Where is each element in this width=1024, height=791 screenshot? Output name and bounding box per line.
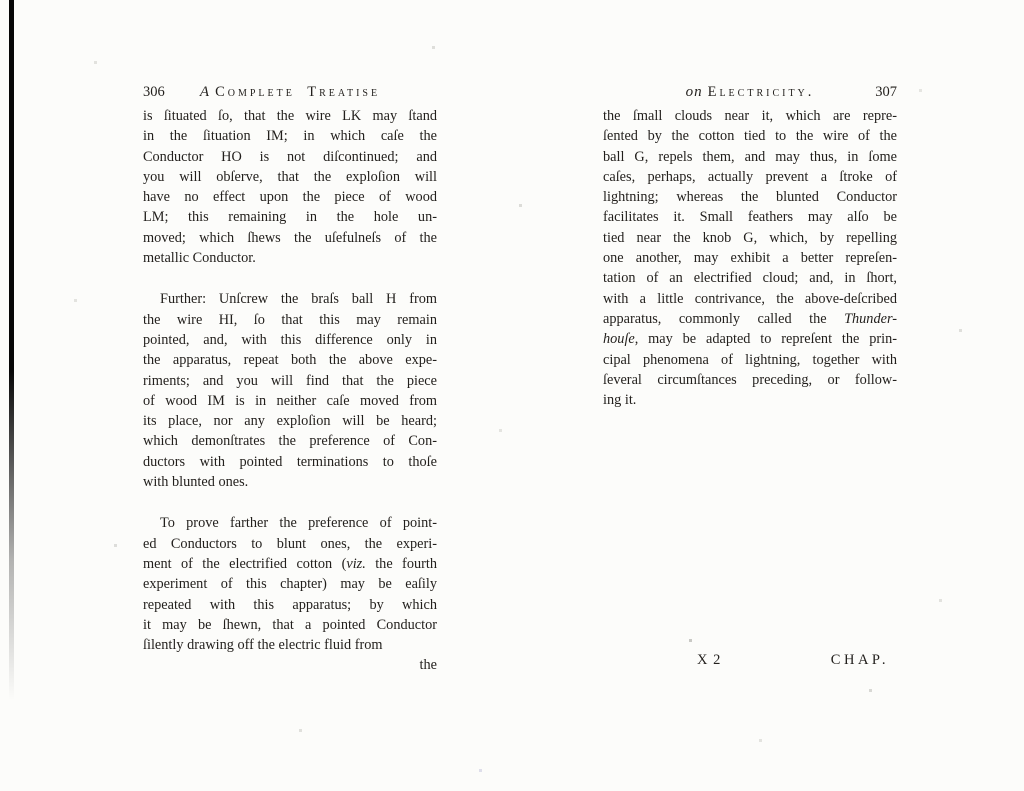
text-line: apparatus, commonly called the Thunder-: [603, 309, 897, 329]
right-running-head: onElectricity. 307: [603, 84, 897, 102]
signature-line: X 2 CHAP.: [603, 652, 897, 672]
text-line: lightning; whereas the blunted Conductor: [603, 187, 897, 207]
text-line: tation of an electrified cloud; and, in …: [603, 268, 897, 288]
page-right: onElectricity. 307 the ſmall clouds near…: [603, 84, 897, 724]
text-line: which demonſtrates the preference of Con…: [143, 431, 437, 451]
left-catchword: the: [143, 655, 437, 675]
signature-mark: X 2: [697, 652, 721, 669]
text-line: ſeveral circumſtances preceding, or foll…: [603, 370, 897, 390]
text-line: ſilently drawing off the electric fluid …: [143, 635, 437, 655]
right-title-text: Electricity.: [708, 84, 815, 100]
text-line: metallic Conductor.: [143, 248, 437, 268]
text-line: with blunted ones.: [143, 472, 437, 492]
paper-speckles: [0, 0, 1, 1]
text-line: cipal phenomena of lightning, together w…: [603, 350, 897, 370]
text-line: riments; and you will find that the piec…: [143, 371, 437, 391]
text-line: ductors with pointed terminations to tho…: [143, 452, 437, 472]
text-line: caſes, perhaps, actually prevent a ſtrok…: [603, 167, 897, 187]
text-line: have no effect upon the piece of wood: [143, 187, 437, 207]
right-page-text: the ſmall clouds near it, which are repr…: [603, 106, 897, 410]
text-line: the apparatus, repeat both the above exp…: [143, 350, 437, 370]
left-page-number: 306: [143, 84, 165, 101]
paragraph: To prove farther the preference of point…: [143, 513, 437, 655]
scan-edge-artifact: [9, 0, 14, 700]
paragraph: is ſituated ſo, that the wire LK may ſta…: [143, 106, 437, 268]
left-title-text: Complete Treatise: [215, 84, 380, 100]
text-line: LM; this remaining in the hole un-: [143, 207, 437, 227]
book-scan: 306 AComplete Treatise is ſituated ſo, t…: [0, 0, 1024, 791]
left-running-title: AComplete Treatise: [200, 84, 380, 101]
text-line: ſented by the cotton tied to the wire of…: [603, 126, 897, 146]
text-line: ball G, repels them, and may thus, in ſo…: [603, 147, 897, 167]
right-running-title: onElectricity.: [686, 84, 815, 101]
right-title-lead: on: [686, 84, 703, 100]
text-line: of wood IM is in neither caſe moved from: [143, 391, 437, 411]
text-line: houſe, may be adapted to repreſent the p…: [603, 329, 897, 349]
text-line: Further: Unſcrew the braſs ball H from: [143, 289, 437, 309]
text-line: is ſituated ſo, that the wire LK may ſta…: [143, 106, 437, 126]
page-left: 306 AComplete Treatise is ſituated ſo, t…: [143, 84, 437, 676]
left-title-lead: A: [200, 84, 210, 100]
text-line: one another, may exhibit a better repreſ…: [603, 248, 897, 268]
chap-catchword: CHAP.: [831, 652, 889, 669]
text-line: ed Conductors to blunt ones, the experi-: [143, 534, 437, 554]
text-line: moved; which ſhews the uſefulneſs of the: [143, 228, 437, 248]
text-line: in the ſituation IM; in which caſe the: [143, 126, 437, 146]
text-line: you will obſerve, that the exploſion wil…: [143, 167, 437, 187]
right-page-number: 307: [875, 84, 897, 101]
paragraph: Further: Unſcrew the braſs ball H fromth…: [143, 289, 437, 492]
text-line: with a little contrivance, the above-deſ…: [603, 289, 897, 309]
text-line: tied near the knob G, which, by repellin…: [603, 228, 897, 248]
text-line: the wire HI, ſo that this may remain: [143, 310, 437, 330]
text-line: repeated with this apparatus; by which: [143, 595, 437, 615]
text-line: To prove farther the preference of point…: [143, 513, 437, 533]
paragraph: the ſmall clouds near it, which are repr…: [603, 106, 897, 410]
text-line: ing it.: [603, 390, 897, 410]
text-line: ment of the electrified cotton (viz. the…: [143, 554, 437, 574]
text-line: it may be ſhewn, that a pointed Conducto…: [143, 615, 437, 635]
text-line: pointed, and, with this difference only …: [143, 330, 437, 350]
text-line: Conductor HO is not diſcontinued; and: [143, 147, 437, 167]
text-line: experiment of this chapter) may be eaſil…: [143, 574, 437, 594]
text-line: facilitates it. Small feathers may alſo …: [603, 207, 897, 227]
left-page-text: is ſituated ſo, that the wire LK may ſta…: [143, 106, 437, 655]
text-line: its place, nor any exploſion will be hea…: [143, 411, 437, 431]
text-line: the ſmall clouds near it, which are repr…: [603, 106, 897, 126]
left-running-head: 306 AComplete Treatise: [143, 84, 437, 102]
